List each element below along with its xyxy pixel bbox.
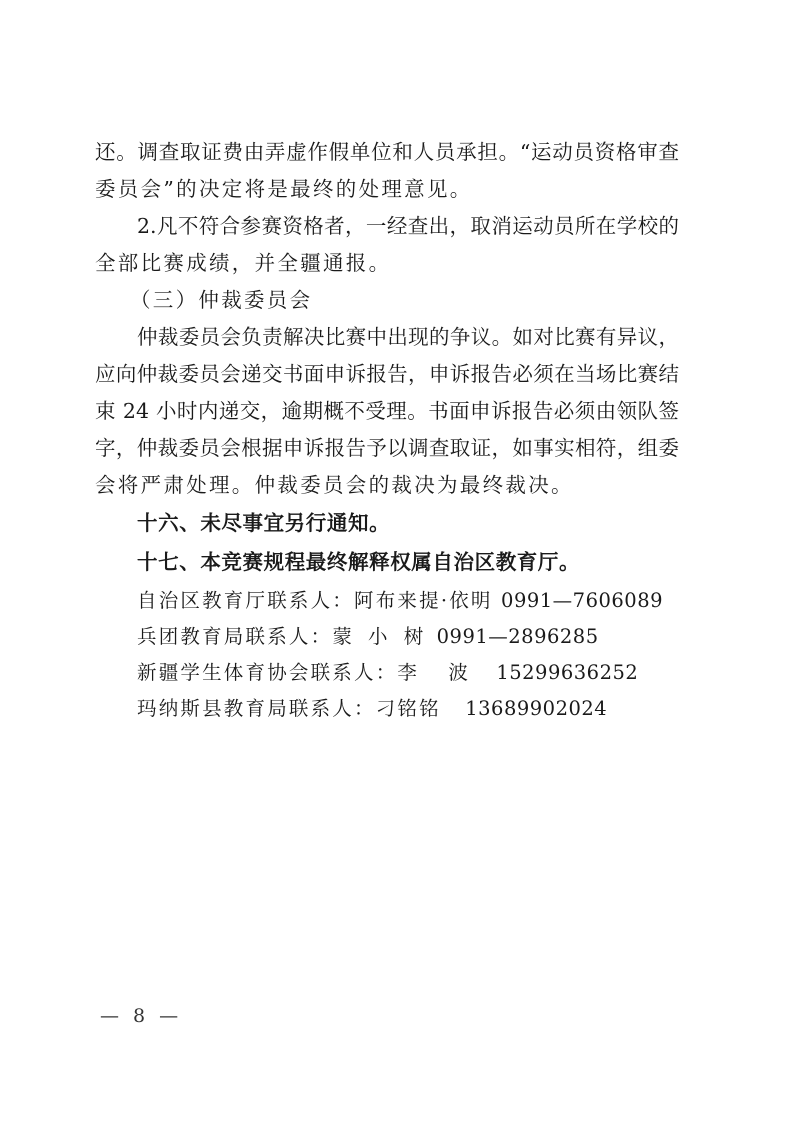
contact-phone: 13689902024 [465,697,607,720]
document-page: 还。调查取证费由弄虚作假单位和人员承担。“运动员资格审查 委员会”的决定将是最终… [0,0,793,1121]
paragraph-line: 仲裁委员会负责解决比赛中出现的争议。如对比赛有异议， [137,322,679,352]
section-seventeen: 十七、本竞赛规程最终解释权属自治区教育厅。 [137,547,721,577]
paragraph-line: 还。调查取证费由弄虚作假单位和人员承担。“运动员资格审查 [95,137,679,167]
paragraph-line: 会将严肃处理。仲裁委员会的裁决为最终裁决。 [95,470,679,500]
contact-phone: 0991—7606089 [501,589,663,612]
contact-name: 刁铭铭 [376,697,441,720]
paragraph-line: 束 24 小时内递交，逾期概不受理。书面申诉报告必须由领队签 [95,396,679,426]
contact-org: 玛纳斯县教育局联系人： [137,697,376,720]
subsection-heading: （三）仲裁委员会 [130,285,714,315]
section-text: 未尽事宜另行通知。 [200,511,390,535]
contact-org: 自治区教育厅联系人： [137,589,354,612]
paragraph-line: 字，仲裁委员会根据申诉报告予以调查取证，如事实相符，组委 [95,433,679,463]
paragraph-line: 委员会”的决定将是最终的处理意见。 [95,174,679,204]
page-number: — 8 — [100,1005,182,1027]
contact-line: 玛纳斯县教育局联系人：刁铭铭 13689902024 [137,694,697,724]
contact-name: 蒙 小 树 [332,625,428,648]
contact-phone: 0991—2896285 [437,625,599,648]
contact-org: 新疆学生体育协会联系人： [137,661,397,684]
contact-line: 新疆学生体育协会联系人：李 波 15299636252 [137,658,697,688]
section-number: 十七、 [137,550,200,574]
paragraph-line: 全部比赛成绩，并全疆通报。 [95,248,679,278]
paragraph-line: 应向仲裁委员会递交书面申诉报告，申诉报告必须在当场比赛结 [95,359,679,389]
contact-phone: 15299636252 [496,661,638,684]
contact-org: 兵团教育局联系人： [137,625,332,648]
contact-line: 兵团教育局联系人：蒙 小 树 0991—2896285 [137,622,697,652]
section-text: 本竞赛规程最终解释权属自治区教育厅。 [200,550,580,574]
contact-name: 李 波 [397,661,474,684]
section-sixteen: 十六、未尽事宜另行通知。 [137,508,721,538]
contact-name: 阿布来提·依明 [354,589,493,612]
paragraph-line: 2.凡不符合参赛资格者，一经查出，取消运动员所在学校的 [137,211,679,241]
section-number: 十六、 [137,511,200,535]
contact-line: 自治区教育厅联系人：阿布来提·依明 0991—7606089 [137,586,697,616]
